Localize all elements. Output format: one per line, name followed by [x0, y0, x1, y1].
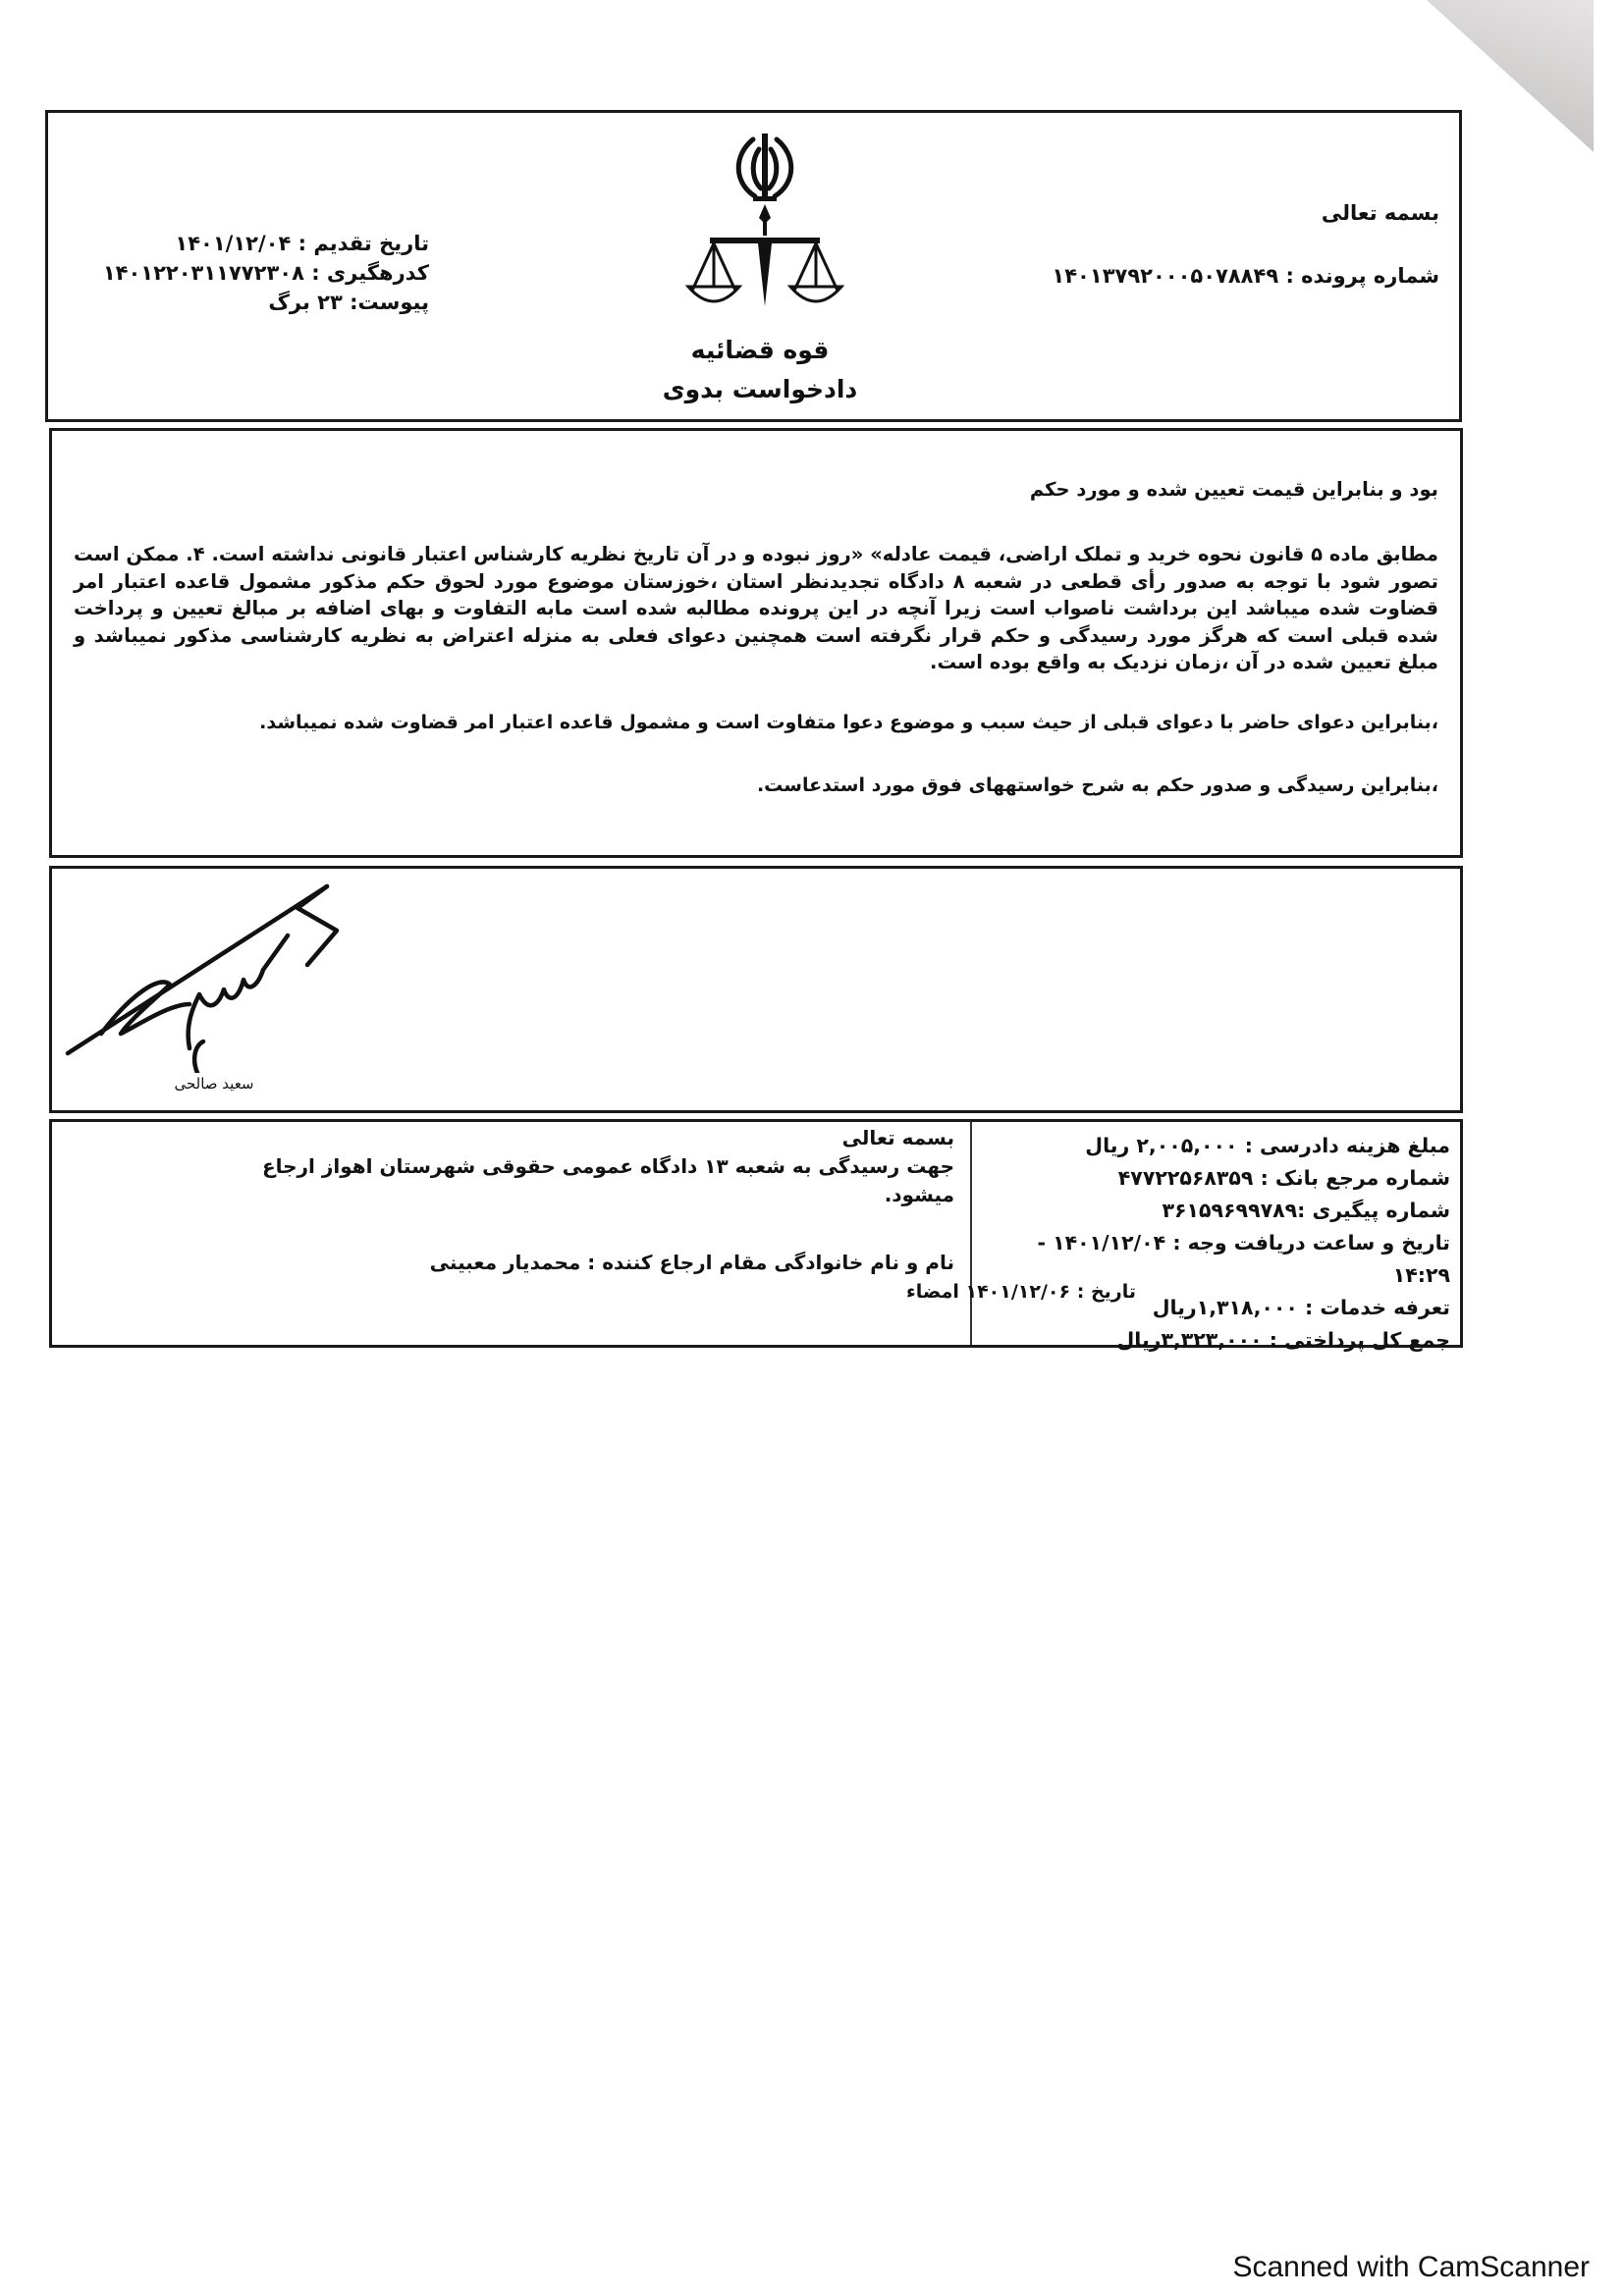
organization-name: قوه قضائیه	[627, 331, 893, 370]
body-conclusion-2: ،بنابراین رسیدگی و صدور حکم به شرح خواست…	[74, 773, 1438, 800]
body-intro: بود و بنابراین قیمت تعیین شده و مورد حکم	[74, 476, 1438, 504]
referrer-name: نام و نام خانوادگی مقام ارجاع کننده : مح…	[199, 1249, 954, 1277]
petition-body: بود و بنابراین قیمت تعیین شده و مورد حکم…	[49, 428, 1463, 858]
section-divider	[970, 1122, 972, 1345]
body-conclusion-1: ،بنابراین دعوای حاضر با دعوای قبلی از حی…	[74, 710, 1438, 737]
submission-date: تاریخ تقدیم : ۱۴۰۱/۱۲/۰۴	[76, 229, 429, 258]
header-invocation: بسمه تعالی	[1052, 182, 1439, 244]
referral-invocation: بسمه تعالی	[199, 1124, 954, 1152]
payment-tracking-number: شماره پیگیری :۳۶۱۵۹۶۹۹۷۸۹	[989, 1195, 1450, 1227]
fees-and-referral-section: مبلغ هزینه دادرسی : ۲,۰۰۵,۰۰۰ ریال شماره…	[49, 1119, 1463, 1348]
document-title: دادخواست بدوی	[627, 370, 893, 409]
header-right-block: بسمه تعالی شماره پرونده : ۱۴۰۱۳۷۹۲۰۰۰۵۰۷…	[1052, 182, 1439, 307]
total-paid: جمع کل پرداختی : ۳,۳۲۳,۰۰۰ریال	[989, 1324, 1450, 1357]
referral-details: بسمه تعالی جهت رسیدگی به شعبه ۱۳ دادگاه …	[199, 1124, 954, 1277]
header-left-block: تاریخ تقدیم : ۱۴۰۱/۱۲/۰۴ کدرهگیری : ۱۴۰۱…	[76, 229, 429, 317]
tracking-code: کدرهگیری : ۱۴۰۱۲۲۰۳۱۱۷۷۲۳۰۸	[76, 258, 429, 288]
case-number: شماره پرونده : ۱۴۰۱۳۷۹۲۰۰۰۵۰۷۸۸۴۹	[1052, 244, 1439, 307]
body-main-paragraph: مطابق ماده ۵ قانون نحوه خرید و تملک اراض…	[74, 541, 1438, 676]
iran-emblem-scales-of-justice-icon	[676, 128, 853, 324]
attachment-count: پیوست: ۲۳ برگ	[76, 288, 429, 317]
handwritten-signature-icon	[62, 877, 376, 1073]
organization-title-block: قوه قضائیه دادخواست بدوی	[627, 331, 893, 409]
bank-reference: شماره مرجع بانک : ۴۷۷۲۲۵۶۸۳۵۹	[989, 1162, 1450, 1195]
signature-section: سعید صالحی	[49, 866, 1463, 1113]
signer-name: سعید صالحی	[155, 1075, 273, 1093]
court-fee: مبلغ هزینه دادرسی : ۲,۰۰۵,۰۰۰ ریال	[989, 1130, 1450, 1162]
camscanner-watermark: Scanned with CamScanner	[1232, 2251, 1590, 2284]
referral-date-signature: تاریخ : ۱۴۰۱/۱۲/۰۶ امضاء	[906, 1281, 1136, 1303]
document-header: بسمه تعالی شماره پرونده : ۱۴۰۱۳۷۹۲۰۰۰۵۰۷…	[45, 110, 1462, 422]
referral-instruction: جهت رسیدگی به شعبه ۱۳ دادگاه عمومی حقوقی…	[199, 1152, 954, 1209]
payment-details: مبلغ هزینه دادرسی : ۲,۰۰۵,۰۰۰ ریال شماره…	[989, 1130, 1450, 1357]
